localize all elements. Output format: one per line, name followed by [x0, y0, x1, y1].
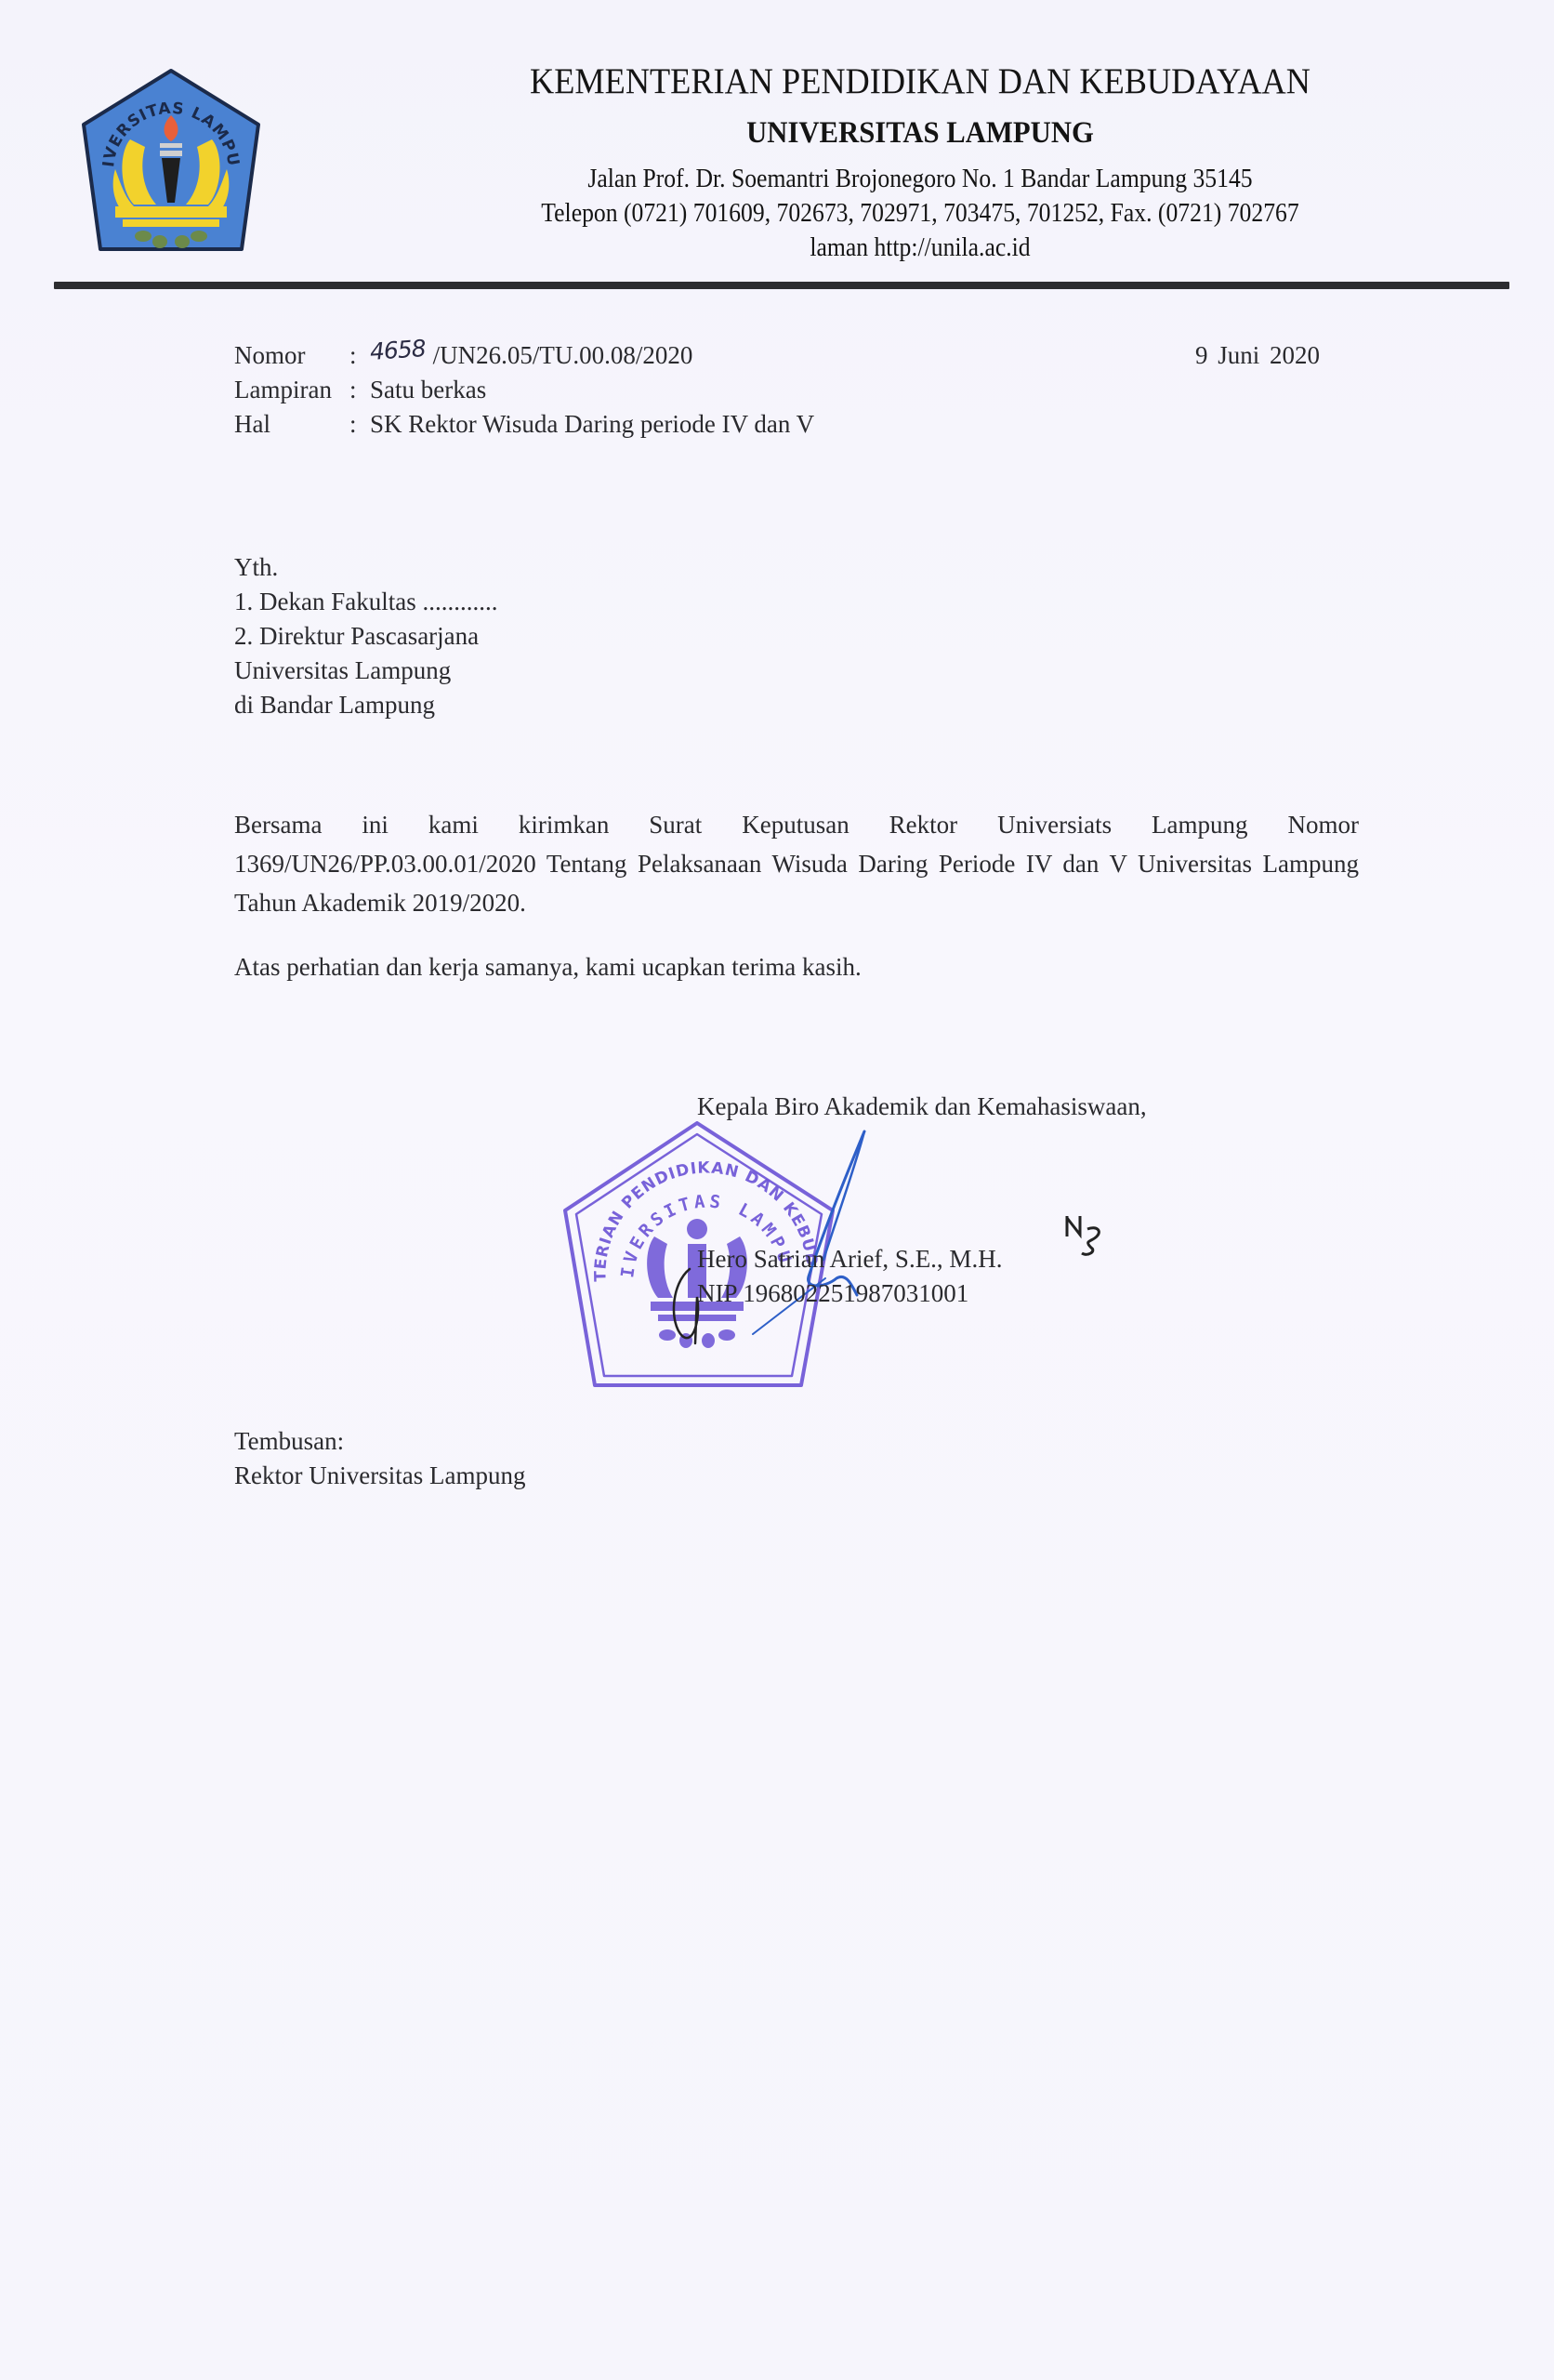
- handwritten-number: 4658: [369, 331, 427, 369]
- lampiran-colon: :: [349, 373, 370, 407]
- hal-colon: :: [349, 407, 370, 442]
- university-address: Jalan Prof. Dr. Soemantri Brojonegoro No…: [443, 162, 1397, 196]
- letter-date: 9 Juni 2020: [1195, 338, 1320, 373]
- letter-body: Bersama ini kami kirimkan Surat Keputusa…: [234, 805, 1359, 986]
- initial-mark-icon: [1060, 1209, 1106, 1264]
- body-paragraph: Bersama ini kami kirimkan Surat Keputusa…: [234, 805, 1359, 922]
- cc-recipient: Rektor Universitas Lampung: [234, 1459, 525, 1493]
- meta-nomor: Nomor : 4658 /UN26.05/TU.00.08/2020: [234, 338, 814, 373]
- salutation: Yth.: [234, 550, 497, 585]
- nomor-colon: :: [349, 338, 370, 373]
- university-emblem-icon: UNIVERSITAS LAMPUNG: [78, 67, 264, 270]
- lampiran-value: Satu berkas: [370, 373, 486, 407]
- signatory-name: Hero Satrian Arief, S.E., M.H.: [697, 1242, 1002, 1276]
- letter-meta: Nomor : 4658 /UN26.05/TU.00.08/2020 Lamp…: [234, 338, 814, 442]
- nomor-value: /UN26.05/TU.00.08/2020: [433, 338, 693, 373]
- recipient-line: 1. Dekan Fakultas ............: [234, 585, 497, 619]
- recipient-line: Universitas Lampung: [234, 654, 497, 688]
- hal-value: SK Rektor Wisuda Daring periode IV dan V: [370, 407, 814, 442]
- recipient-line: di Bandar Lampung: [234, 688, 497, 722]
- cc-label: Tembusan:: [234, 1424, 525, 1459]
- lampiran-label: Lampiran: [234, 373, 349, 407]
- closing-paragraph: Atas perhatian dan kerja samanya, kami u…: [234, 947, 1359, 986]
- signatory-nip: NIP 196802251987031001: [697, 1276, 968, 1311]
- ministry-name: KEMENTERIAN PENDIDIKAN DAN KEBUDAYAAN: [428, 58, 1413, 106]
- university-name: UNIVERSITAS LAMPUNG: [428, 110, 1413, 156]
- nomor-label: Nomor: [234, 338, 349, 373]
- meta-lampiran: Lampiran : Satu berkas: [234, 373, 814, 407]
- hal-label: Hal: [234, 407, 349, 442]
- letterhead-divider: [54, 282, 1509, 289]
- recipient-block: Yth. 1. Dekan Fakultas ............ 2. D…: [234, 550, 497, 722]
- university-website: laman http://unila.ac.id: [443, 231, 1397, 265]
- signatory-title: Kepala Biro Akademik dan Kemahasiswaan,: [697, 1090, 1147, 1124]
- recipient-line: 2. Direktur Pascasarjana: [234, 619, 497, 654]
- letterhead: KEMENTERIAN PENDIDIKAN DAN KEBUDAYAAN UN…: [390, 58, 1450, 265]
- university-phone: Telepon (0721) 701609, 702673, 702971, 7…: [443, 196, 1397, 231]
- cc-block: Tembusan: Rektor Universitas Lampung: [234, 1424, 525, 1493]
- meta-hal: Hal : SK Rektor Wisuda Daring periode IV…: [234, 407, 814, 442]
